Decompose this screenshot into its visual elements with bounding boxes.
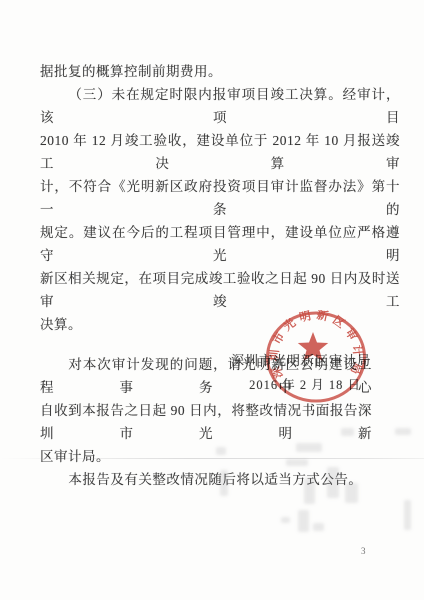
body-line: 新区相关规定，在项目完成竣工验收之日起 90 日内及时送审竣工 xyxy=(40,267,400,313)
bleedthrough-mark xyxy=(296,443,322,452)
bleedthrough-mark xyxy=(304,478,315,504)
bleedthrough-mark xyxy=(216,447,226,455)
bleedthrough-mark xyxy=(313,523,324,531)
scanned-document-page: 据批复的概算控制前期费用。 （三）未在规定时限内报审项目竣工决算。经审计，该项目… xyxy=(0,0,424,600)
bleedthrough-line xyxy=(0,458,424,459)
bleedthrough-mark xyxy=(298,510,309,532)
body-line: （三）未在规定时限内报审项目竣工决算。经审计，该项目 xyxy=(40,83,400,129)
body-line: 自收到本报告之日起 90 日内，将整改情况书面报告深圳市光明新 xyxy=(40,399,400,445)
page-number: 3 xyxy=(361,546,366,556)
bleedthrough-mark xyxy=(286,459,308,466)
bleedthrough-mark xyxy=(327,467,339,498)
official-seal: 深圳市光明新区审计局 xyxy=(264,310,368,404)
star-icon xyxy=(298,332,328,361)
body-line: 规定。建议在今后的工程项目管理中，建设单位应严格遵守光明 xyxy=(40,221,400,267)
report-body: 据批复的概算控制前期费用。 （三）未在规定时限内报审项目竣工决算。经审计，该项目… xyxy=(40,60,400,491)
bleedthrough-mark xyxy=(220,470,228,496)
body-line: 2010 年 12 月竣工验收，建设单位于 2012 年 10 月报送竣工决算审 xyxy=(40,129,400,175)
bleedthrough-mark xyxy=(404,500,411,530)
bleedthrough-mark xyxy=(395,428,411,435)
body-line: 据批复的概算控制前期费用。 xyxy=(40,60,400,83)
body-line: 计，不符合《光明新区政府投资项目审计监督办法》第十一条的 xyxy=(40,175,400,221)
bleedthrough-mark xyxy=(341,428,354,436)
bleedthrough-mark xyxy=(281,517,290,523)
seal-ring xyxy=(268,313,365,401)
bleedthrough-mark xyxy=(345,483,358,503)
